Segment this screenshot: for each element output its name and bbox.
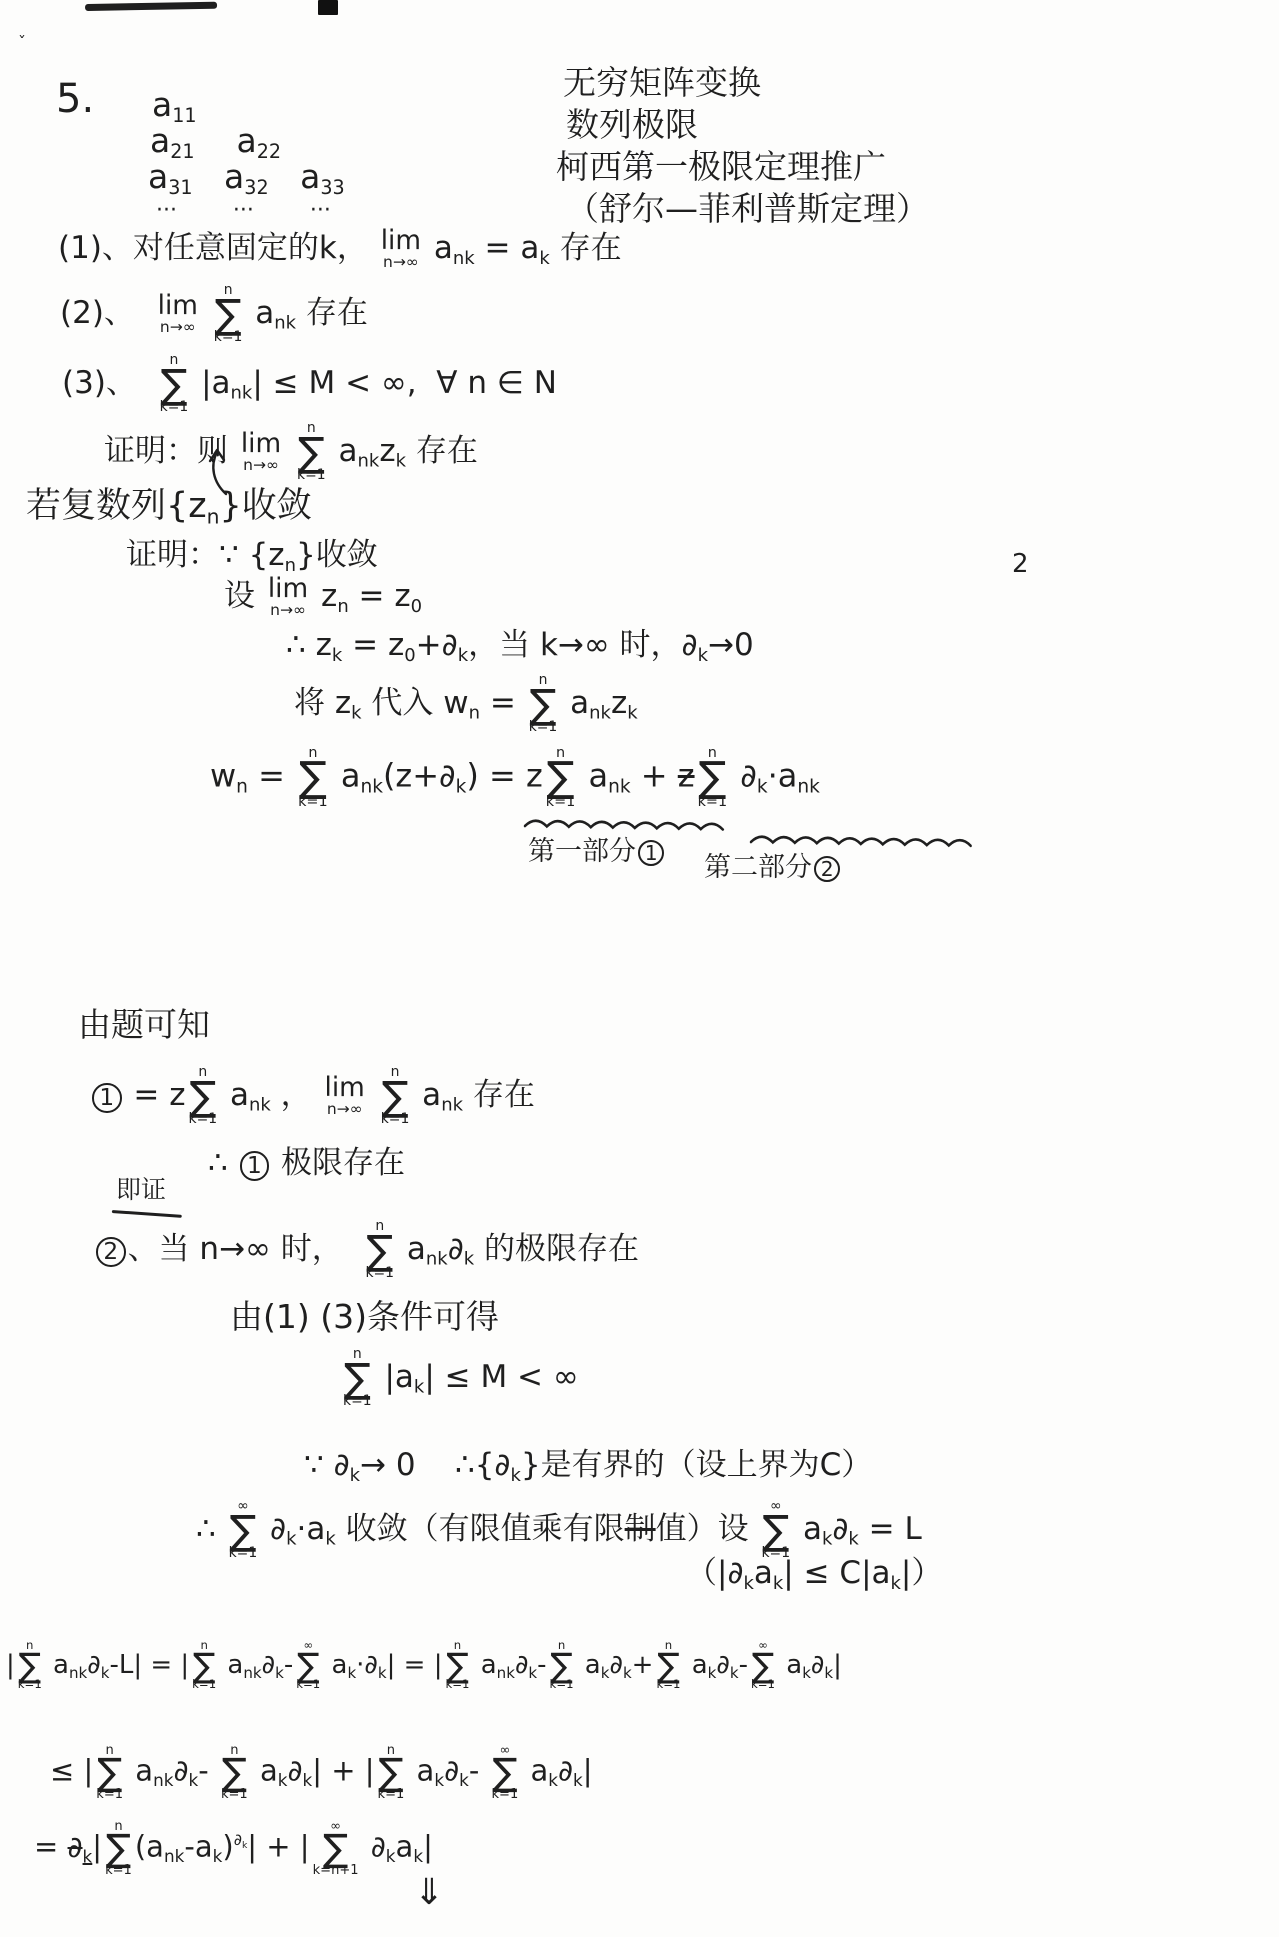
- part1-conclusion: ∴ 1 极限存在: [208, 1146, 405, 1182]
- sigma-sum: n∑k=1: [297, 422, 326, 483]
- sigma-sum: ∞∑k=n+1: [313, 1820, 359, 1877]
- sigma-sum: n∑k=1: [698, 746, 728, 809]
- topic-3: 柯西第一极限定理推广: [556, 148, 886, 186]
- part1-label: 第一部分1: [528, 836, 666, 867]
- topic-2: 数列极限: [566, 106, 698, 144]
- crossed-out: 制: [625, 1511, 656, 1547]
- problem-number: 5.: [56, 76, 94, 122]
- sigma-sum: ∞∑k=1: [761, 1500, 790, 1561]
- sigma-sum: n∑k=1: [546, 746, 576, 809]
- sigma-sum: n∑k=1: [343, 1348, 372, 1409]
- circled-number: 1: [92, 1083, 122, 1113]
- wavy-underline-part2: [750, 832, 972, 852]
- sigma-sum: n∑k=1: [160, 354, 189, 415]
- condition-2: (2)、 limn→∞ n∑k=1 ank 存在: [60, 284, 368, 345]
- limit-operator: limn→∞: [241, 431, 281, 474]
- wn-expansion: wn = n∑k=1 ank(z+∂k) = zn∑k=1 ank + zn∑k…: [210, 746, 820, 809]
- sigma-sum: n∑k=1: [221, 1744, 248, 1801]
- sigma-sum: ∞∑k=1: [229, 1500, 258, 1561]
- sigma-sum: n∑k=1: [656, 1640, 680, 1691]
- down-arrow-mark: ⇓: [414, 1872, 444, 1913]
- proof-start: 证明：∵ {zn}收敛: [126, 538, 378, 576]
- topic-4: （舒尔—菲利普斯定理）: [566, 190, 929, 228]
- note-qed: 即证: [116, 1176, 166, 1205]
- sigma-sum: n∑k=1: [189, 1066, 218, 1127]
- sigma-sum: n∑k=1: [445, 1640, 469, 1691]
- top-edge-bar: [85, 2, 217, 11]
- bound-note: （|∂kak| ≤ C|ak|）: [686, 1556, 942, 1594]
- matrix-row-dots: ··· ··· ···: [156, 198, 331, 223]
- estimate-line-2: ≤ |n∑k=1 ank∂k- n∑k=1 ak∂k| + |n∑k=1 ak∂…: [50, 1744, 593, 1801]
- bound-sum: n∑k=1 |ak| ≤ M < ∞: [340, 1348, 579, 1409]
- corner-check-mark: ˇ: [18, 34, 26, 52]
- alpha-bounded: ∵ ∂k→ 0 ∴{∂k}是有界的（设上界为C）: [304, 1448, 872, 1486]
- crossed-out: z: [678, 756, 695, 794]
- limit-operator: limn→∞: [381, 228, 421, 271]
- condition-3: (3)、 n∑k=1 |ank| ≤ M < ∞, ∀ n ∈ N: [62, 354, 557, 415]
- sigma-sum: n∑k=1: [550, 1640, 574, 1691]
- matrix-row-3: a31 a32 a33: [148, 158, 345, 199]
- crossed-out: ∂k: [68, 1830, 93, 1864]
- estimate-line-3: = ∂k|n∑k=1(ank-ak)∂k| + |∞∑k=n+1 ∂kak|: [34, 1820, 433, 1877]
- decompose-z: ∴ zk = z0+∂k，当 k→∞ 时，∂k→0: [286, 628, 754, 666]
- circled-number: 2: [96, 1237, 126, 1267]
- condition-1: (1)、对任意固定的k， limn→∞ ank = ak 存在: [58, 228, 622, 271]
- circled-number: 1: [638, 840, 664, 866]
- sigma-sum: n∑k=1: [192, 1640, 216, 1691]
- limit-operator: limn→∞: [325, 1075, 365, 1118]
- sigma-sum: n∑k=1: [529, 674, 558, 735]
- sigma-sum: n∑k=1: [96, 1744, 123, 1801]
- part2-label: 第二部分2: [704, 852, 842, 883]
- qed-underline: [112, 1210, 182, 1218]
- by-conditions: 由(1) (3)条件可得: [230, 1298, 499, 1336]
- sigma-sum: n∑k=1: [298, 746, 328, 809]
- topic-1: 无穷矩阵变换: [563, 64, 761, 102]
- limit-operator: limn→∞: [268, 576, 308, 619]
- sigma-sum: ∞∑k=1: [492, 1744, 519, 1801]
- sigma-sum: n∑k=1: [214, 284, 243, 345]
- sigma-sum: ∞∑k=1: [751, 1640, 775, 1691]
- part2-claim: 2、当 n→∞ 时， n∑k=1 ank∂k 的极限存在: [94, 1220, 639, 1281]
- sigma-sum: n∑k=1: [365, 1220, 394, 1281]
- sigma-sum: ∞∑k=1: [296, 1640, 320, 1691]
- insertion-arrow: [200, 448, 234, 498]
- part1-eval: 1 = zn∑k=1 ank ， limn→∞ n∑k=1 ank 存在: [90, 1066, 535, 1127]
- limit-operator: limn→∞: [158, 293, 198, 336]
- notebook-page: 5.a11a21 a22a31 a32 a33··· ··· ···无穷矩阵变换…: [0, 0, 1279, 1937]
- circled-number: 1: [240, 1151, 270, 1181]
- substitute: 将 zk 代入 wn = n∑k=1 ankzk: [294, 674, 638, 735]
- from-problem: 由题可知: [78, 1006, 210, 1044]
- sigma-sum: n∑k=1: [378, 1744, 405, 1801]
- set-limit: 设 limn→∞ zn = z0: [224, 576, 422, 619]
- estimate-line-1: |n∑k=1 ank∂k-L| = |n∑k=1 ank∂k-∞∑k=1 ak·…: [6, 1640, 842, 1691]
- hypothesis: 若复数列{zn}收敛: [26, 486, 312, 529]
- proof-goal: 证明：则 limn→∞ n∑k=1 ankzk 存在: [104, 422, 478, 483]
- margin-mark-2: 2: [1012, 550, 1029, 580]
- circled-number: 2: [814, 856, 840, 882]
- series-converges: ∴ ∞∑k=1 ∂k·ak 收敛（有限值乘有限制值）设 ∞∑k=1 ak∂k =…: [196, 1500, 922, 1561]
- sigma-sum: n∑k=1: [105, 1820, 132, 1877]
- sigma-sum: n∑k=1: [381, 1066, 410, 1127]
- wavy-underline-part1: [524, 816, 744, 836]
- sigma-sum: n∑k=1: [18, 1640, 42, 1691]
- top-edge-rect: [318, 0, 338, 15]
